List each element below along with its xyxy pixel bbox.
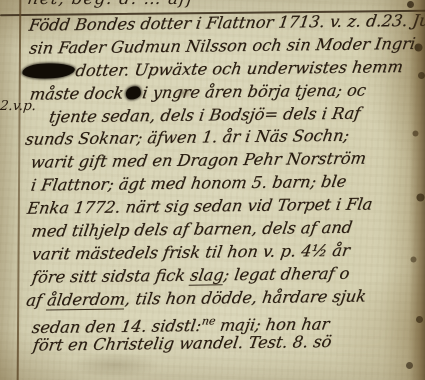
text-segment: tjente sedan, dels i Bodsjö= dels i Raf bbox=[48, 103, 362, 126]
text-segment: sin Fader Gudmun Nilsson och sin Moder I… bbox=[28, 34, 417, 58]
paper-stain bbox=[70, 352, 160, 378]
text-segment: varit mästedels frisk til hon v. p. 4½ å… bbox=[30, 241, 351, 264]
text-line: fört en Christelig wandel. Test. 8. sö bbox=[4, 330, 425, 359]
text-segment: af bbox=[25, 290, 49, 309]
text-segment: måste dock bbox=[29, 83, 125, 103]
text-segment: före sitt sidsta fick bbox=[31, 265, 192, 286]
text-segment: ; legat dheraf o bbox=[222, 264, 350, 285]
text-segment: Enka 1772. närt sig sedan vid Torpet i F… bbox=[26, 195, 374, 218]
text-segment: dotter. Upwäxte och underwistes hemm bbox=[74, 57, 404, 80]
paper-stain bbox=[176, 88, 192, 98]
underlined-word: slag bbox=[189, 265, 225, 285]
edge-ink-specks bbox=[0, 0, 3, 3]
entry-text-block: Född Bondes dotter i Flattnor 1713. v. z… bbox=[0, 9, 425, 358]
page-edge-shadow bbox=[409, 0, 425, 380]
text-segment: , tils hon dödde, hårdare sjuk bbox=[124, 286, 368, 308]
underlined-word: ålderdom bbox=[46, 289, 127, 310]
text-segment: Född Bondes dotter i Flattnor 1713. v. z… bbox=[28, 10, 425, 34]
manuscript-page: het, beg. d. … aff 2.v.p. Född Bondes do… bbox=[0, 0, 425, 380]
text-segment: i Flattnor; ägt med honom 5. barn; ble bbox=[30, 172, 348, 195]
ink-blot bbox=[125, 86, 142, 99]
text-segment: warit gift med en Dragon Pehr Norström bbox=[29, 149, 367, 172]
ink-blot bbox=[22, 63, 76, 79]
text-segment: sunds Soknar; äfwen 1. år i Näs Sochn; bbox=[24, 126, 350, 149]
text-segment: i yngre åren börja tjena; oc bbox=[141, 80, 367, 102]
text-segment: fört en Christelig wandel. Test. 8. sö bbox=[32, 332, 333, 355]
text-segment: med tilhjelp dels af barnen, dels af and bbox=[30, 218, 353, 241]
previous-entry-fragment: het, beg. d. … aff bbox=[27, 0, 425, 9]
